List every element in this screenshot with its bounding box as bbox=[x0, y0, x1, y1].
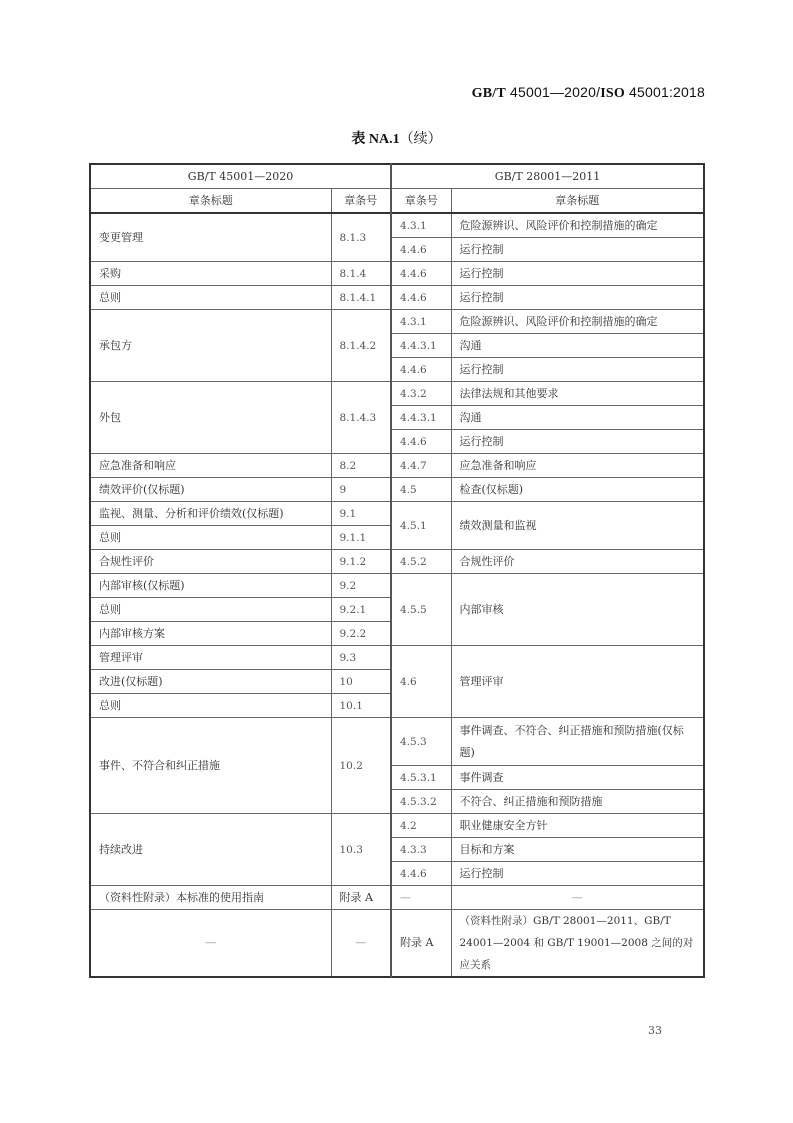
table-row: 持续改进 10.3 4.2 职业健康安全方针 bbox=[90, 814, 704, 838]
table-row: 监视、测量、分析和评价绩效(仅标题) 9.1 4.5.1 绩效测量和监视 bbox=[90, 502, 704, 526]
table-title-suffix: （续） bbox=[400, 131, 442, 147]
cell-clause: 10.1 bbox=[331, 694, 391, 718]
table-title: 表 NA.1（续） bbox=[0, 128, 793, 148]
cell-old-title: 法律法规和其他要求 bbox=[451, 382, 704, 406]
header-iso-text: 45001:2018 bbox=[625, 84, 705, 100]
cell-old-title: 绩效测量和监视 bbox=[451, 502, 704, 550]
cell-title: 变更管理 bbox=[90, 213, 331, 262]
page-number: 33 bbox=[648, 1024, 662, 1037]
cell-title: 绩效评价(仅标题) bbox=[90, 478, 331, 502]
cell-clause: 8.1.4.2 bbox=[331, 310, 391, 382]
cell-clause: 10 bbox=[331, 670, 391, 694]
table-row: 内部审核(仅标题) 9.2 4.5.5 内部审核 bbox=[90, 574, 704, 598]
col-header-title-old: 章条标题 bbox=[451, 189, 704, 214]
group-header-gbt28001: GB/T 28001—2011 bbox=[391, 164, 704, 189]
cell-old-clause: 4.4.6 bbox=[391, 358, 451, 382]
column-header-row: 章条标题 章条号 章条号 章条标题 bbox=[90, 189, 704, 214]
col-header-title-new: 章条标题 bbox=[90, 189, 331, 214]
cell-clause: 9.1 bbox=[331, 502, 391, 526]
cell-title: 总则 bbox=[90, 286, 331, 310]
cell-title: 持续改进 bbox=[90, 814, 331, 886]
cell-old-title: 运行控制 bbox=[451, 238, 704, 262]
cell-title: （资料性附录）本标准的使用指南 bbox=[90, 886, 331, 910]
cell-old-clause: 4.4.7 bbox=[391, 454, 451, 478]
cell-clause: 8.1.4.3 bbox=[331, 382, 391, 454]
cell-title: 管理评审 bbox=[90, 646, 331, 670]
cell-title: 事件、不符合和纠正措施 bbox=[90, 718, 331, 814]
col-header-clause-old: 章条号 bbox=[391, 189, 451, 214]
cell-title: 改进(仅标题) bbox=[90, 670, 331, 694]
cell-old-clause: 4.4.6 bbox=[391, 238, 451, 262]
cell-clause: 9.2.2 bbox=[331, 622, 391, 646]
table-title-main: 表 NA.1 bbox=[351, 132, 399, 147]
cell-old-title: 运行控制 bbox=[451, 358, 704, 382]
table-row: 应急准备和响应 8.2 4.4.7 应急准备和响应 bbox=[90, 454, 704, 478]
cell-old-clause: 4.5.3.2 bbox=[391, 790, 451, 814]
cell-old-title: 合规性评价 bbox=[451, 550, 704, 574]
cell-clause: 附录 A bbox=[331, 886, 391, 910]
cell-old-clause: 4.4.6 bbox=[391, 286, 451, 310]
cell-title: 应急准备和响应 bbox=[90, 454, 331, 478]
cell-clause: — bbox=[331, 910, 391, 978]
cell-clause: 9.2 bbox=[331, 574, 391, 598]
cell-old-clause: 4.3.3 bbox=[391, 838, 451, 862]
col-header-clause-new: 章条号 bbox=[331, 189, 391, 214]
cell-old-clause: 附录 A bbox=[391, 910, 451, 978]
cell-clause: 8.2 bbox=[331, 454, 391, 478]
cell-old-clause: 4.4.3.1 bbox=[391, 334, 451, 358]
cell-title: 承包方 bbox=[90, 310, 331, 382]
group-header-row: GB/T 45001—2020 GB/T 28001—2011 bbox=[90, 164, 704, 189]
cell-old-clause: 4.3.2 bbox=[391, 382, 451, 406]
cell-clause: 9.2.1 bbox=[331, 598, 391, 622]
cell-old-clause: 4.5.3.1 bbox=[391, 766, 451, 790]
cell-title: 采购 bbox=[90, 262, 331, 286]
cell-old-clause: 4.5 bbox=[391, 478, 451, 502]
header-text: 45001—2020/ bbox=[506, 84, 600, 100]
table-row: 合规性评价 9.1.2 4.5.2 合规性评价 bbox=[90, 550, 704, 574]
table-row: （资料性附录）本标准的使用指南 附录 A — — bbox=[90, 886, 704, 910]
cell-old-title: 目标和方案 bbox=[451, 838, 704, 862]
document-header: GB/T 45001—2020/ISO 45001:2018 bbox=[472, 84, 705, 102]
table-row: 总则 8.1.4.1 4.4.6 运行控制 bbox=[90, 286, 704, 310]
cell-old-title: 沟通 bbox=[451, 334, 704, 358]
cell-title: 总则 bbox=[90, 694, 331, 718]
cell-clause: 9.3 bbox=[331, 646, 391, 670]
cell-old-title: 沟通 bbox=[451, 406, 704, 430]
cell-old-clause: 4.4.6 bbox=[391, 862, 451, 886]
header-prefix: GB/T bbox=[472, 86, 506, 101]
cell-old-title: 运行控制 bbox=[451, 286, 704, 310]
cell-old-title: 应急准备和响应 bbox=[451, 454, 704, 478]
cell-old-clause: 4.4.6 bbox=[391, 430, 451, 454]
table-row: 绩效评价(仅标题) 9 4.5 检查(仅标题) bbox=[90, 478, 704, 502]
table-row: 外包 8.1.4.3 4.3.2 法律法规和其他要求 bbox=[90, 382, 704, 406]
cell-old-title: 运行控制 bbox=[451, 862, 704, 886]
cell-title: 合规性评价 bbox=[90, 550, 331, 574]
cell-old-clause: 4.5.1 bbox=[391, 502, 451, 550]
table-row: 承包方 8.1.4.2 4.3.1 危险源辨识、风险评价和控制措施的确定 bbox=[90, 310, 704, 334]
cell-title: 内部审核方案 bbox=[90, 622, 331, 646]
cell-clause: 9 bbox=[331, 478, 391, 502]
cell-old-clause: — bbox=[391, 886, 451, 910]
cell-old-title: 危险源辨识、风险评价和控制措施的确定 bbox=[451, 310, 704, 334]
cell-old-title: 运行控制 bbox=[451, 430, 704, 454]
cell-title: 总则 bbox=[90, 598, 331, 622]
cell-clause: 10.3 bbox=[331, 814, 391, 886]
cell-old-title: — bbox=[451, 886, 704, 910]
cell-old-clause: 4.4.3.1 bbox=[391, 406, 451, 430]
cell-old-title: 管理评审 bbox=[451, 646, 704, 718]
cell-old-title: 运行控制 bbox=[451, 262, 704, 286]
cell-old-title: 检查(仅标题) bbox=[451, 478, 704, 502]
cell-old-clause: 4.4.6 bbox=[391, 262, 451, 286]
cell-old-title: 内部审核 bbox=[451, 574, 704, 646]
cell-old-title: 职业健康安全方针 bbox=[451, 814, 704, 838]
cell-clause: 9.1.1 bbox=[331, 526, 391, 550]
cell-old-clause: 4.5.5 bbox=[391, 574, 451, 646]
cell-clause: 8.1.4.1 bbox=[331, 286, 391, 310]
cell-old-title: 不符合、纠正措施和预防措施 bbox=[451, 790, 704, 814]
cell-old-title: （资料性附录）GB/T 28001—2011、GB/T 24001—2004 和… bbox=[451, 910, 704, 978]
cell-old-clause: 4.3.1 bbox=[391, 213, 451, 238]
cell-old-title: 危险源辨识、风险评价和控制措施的确定 bbox=[451, 213, 704, 238]
cell-old-clause: 4.5.3 bbox=[391, 718, 451, 766]
table-row: 事件、不符合和纠正措施 10.2 4.5.3 事件调查、不符合、纠正措施和预防措… bbox=[90, 718, 704, 766]
cell-old-clause: 4.6 bbox=[391, 646, 451, 718]
table-row: 管理评审 9.3 4.6 管理评审 bbox=[90, 646, 704, 670]
cell-title: 监视、测量、分析和评价绩效(仅标题) bbox=[90, 502, 331, 526]
cell-clause: 8.1.4 bbox=[331, 262, 391, 286]
correspondence-table: GB/T 45001—2020 GB/T 28001—2011 章条标题 章条号… bbox=[89, 163, 705, 978]
table-row: — — 附录 A （资料性附录）GB/T 28001—2011、GB/T 240… bbox=[90, 910, 704, 978]
cell-clause: 8.1.3 bbox=[331, 213, 391, 262]
cell-title: 内部审核(仅标题) bbox=[90, 574, 331, 598]
cell-old-title: 事件调查 bbox=[451, 766, 704, 790]
cell-clause: 9.1.2 bbox=[331, 550, 391, 574]
cell-title: — bbox=[90, 910, 331, 978]
table-row: 变更管理 8.1.3 4.3.1 危险源辨识、风险评价和控制措施的确定 bbox=[90, 213, 704, 238]
cell-title: 总则 bbox=[90, 526, 331, 550]
cell-old-clause: 4.5.2 bbox=[391, 550, 451, 574]
cell-old-clause: 4.3.1 bbox=[391, 310, 451, 334]
cell-title: 外包 bbox=[90, 382, 331, 454]
cell-old-title: 事件调查、不符合、纠正措施和预防措施(仅标题) bbox=[451, 718, 704, 766]
cell-old-clause: 4.2 bbox=[391, 814, 451, 838]
header-iso: ISO bbox=[600, 86, 625, 101]
table-row: 采购 8.1.4 4.4.6 运行控制 bbox=[90, 262, 704, 286]
cell-clause: 10.2 bbox=[331, 718, 391, 814]
group-header-gbt45001: GB/T 45001—2020 bbox=[90, 164, 391, 189]
